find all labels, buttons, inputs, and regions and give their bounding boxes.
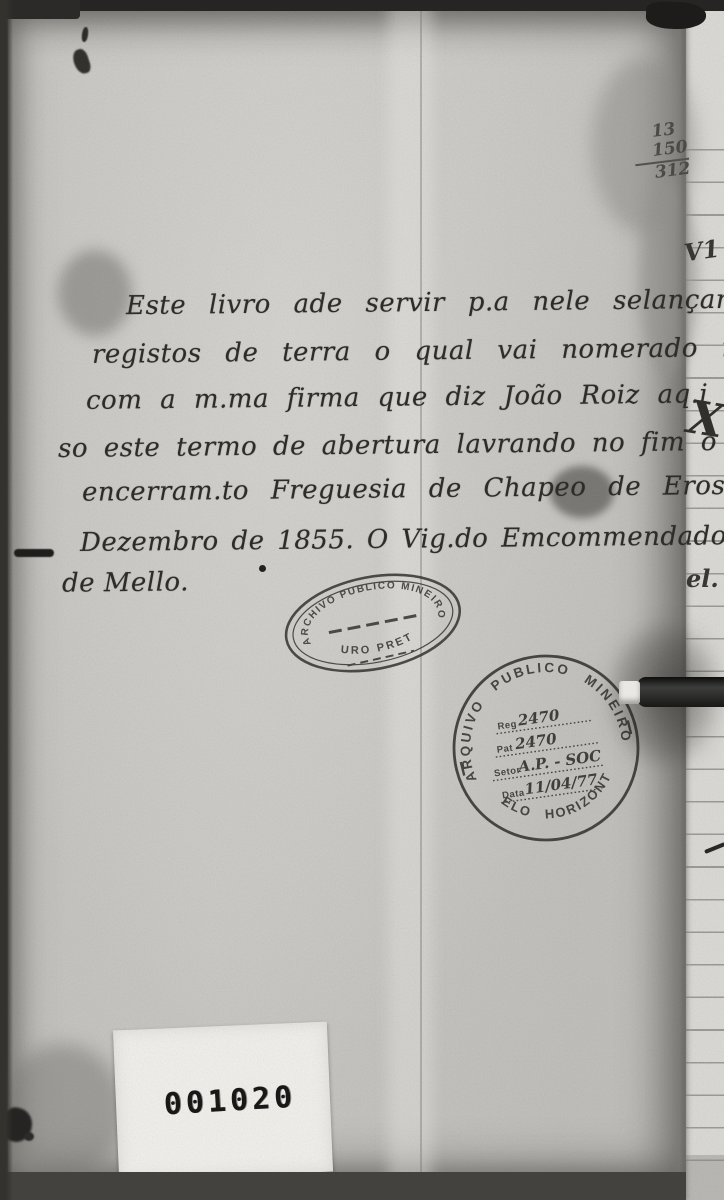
next-page-x-mark: X	[684, 390, 724, 449]
svg-text:ARCHIVO PUBLICO MINEIRO: ARCHIVO PUBLICO MINEIRO	[292, 569, 448, 648]
manuscript-line-7: de Mello.	[62, 567, 189, 598]
pen-white-tip	[619, 681, 640, 704]
margin-dash-mark	[14, 549, 54, 557]
field-label-reg: Reg	[497, 719, 518, 733]
field-label-pat: Pat	[496, 743, 514, 756]
oval-stamp-arc-top: ARCHIVO PUBLICO MINEIRO	[292, 569, 448, 648]
ink-blot-small	[24, 1132, 34, 1141]
scan-border-top	[0, 0, 724, 11]
oval-stamp-divider	[329, 615, 419, 633]
manuscript-line-1: Este livro ade servir p.a nele selançar	[126, 285, 724, 321]
pencil-figures: 13 150 312	[631, 119, 692, 185]
catalog-label: 001020	[113, 1022, 333, 1181]
pen-object	[637, 677, 724, 707]
next-page-writing-fragment: V1	[682, 234, 721, 268]
scan-border-left	[0, 0, 13, 1200]
ink-dot	[259, 565, 266, 572]
scanned-document: Este livro ade servir p.a nele selançar …	[0, 0, 724, 1200]
catalog-number: 001020	[115, 1078, 331, 1126]
field-value-reg: 2470	[516, 706, 561, 730]
stain	[58, 250, 132, 336]
next-page-writing-fragment: el.	[686, 564, 719, 593]
scan-border-bottom	[0, 1172, 686, 1200]
field-value-pat: 2470	[513, 729, 558, 753]
